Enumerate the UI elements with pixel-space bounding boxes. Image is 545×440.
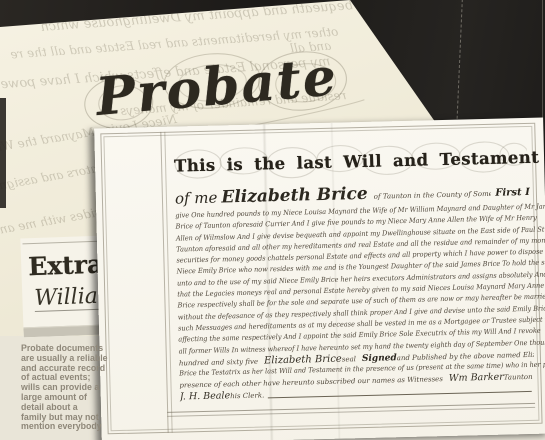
caption-line: mention everybody — [21, 422, 143, 432]
subtitle-script: of me — [175, 189, 218, 208]
caption: Probate documentsare usually a reliablea… — [21, 344, 143, 432]
sig-post: and Published by the above named Elizabe… — [397, 350, 534, 362]
document-photo: said bequeath and appoint my Dwellinghou… — [0, 0, 545, 440]
will-body: give One hundred pounds to my Niece Loui… — [175, 202, 533, 357]
paper-edge-shadow — [0, 98, 6, 208]
subtitle-emphasis: First I — [495, 187, 530, 199]
clerk-title: his Clerk. — [230, 391, 264, 400]
will-text-block: This is the last Will and Testament of m… — [174, 140, 535, 403]
clerk-signature: J. H. Beale — [180, 390, 231, 402]
testator-name: Elizabeth Brice — [221, 184, 368, 208]
witness-title: Taunton Solicitor — [504, 373, 535, 382]
will-title-block: This is the last Will and Testament — [174, 140, 530, 187]
sig-pre: hundred and sixty five — [179, 357, 258, 367]
seal-note: seal — [342, 355, 356, 363]
will-document: This is the last Will and Testament of m… — [94, 118, 545, 440]
signed-word: Signed — [362, 353, 397, 364]
subtitle-detail: of Taunton in the County of Somerset Wid… — [372, 190, 492, 201]
witness-signature: Wm Barker — [449, 372, 504, 384]
